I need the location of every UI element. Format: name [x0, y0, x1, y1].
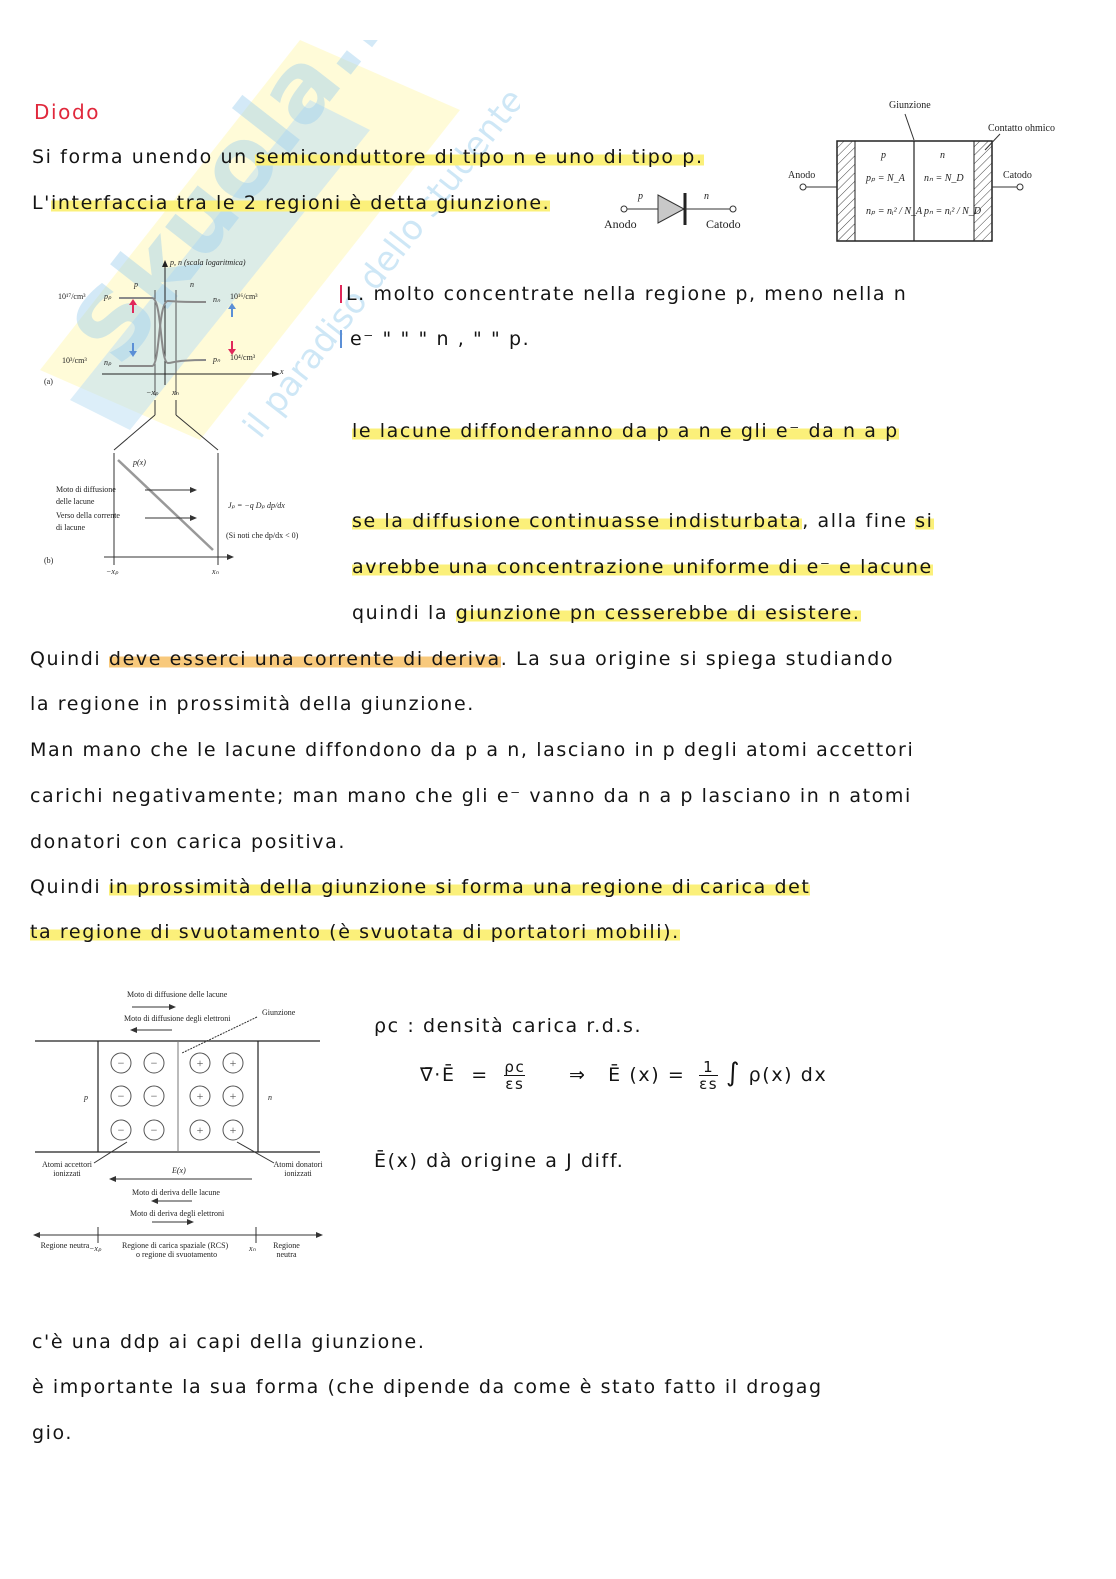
note-line-1: Si forma unendo un semiconduttore di tip… [32, 146, 704, 168]
electrons-marker [340, 330, 342, 348]
junction-label: Giunzione [262, 1008, 295, 1017]
anode-label: Anodo [604, 217, 637, 232]
p-region-label: p [84, 1093, 88, 1102]
np-formula: nₚ = nᵢ² / N_A [866, 206, 922, 217]
drift-holes-label: Moto di deriva delle lacune [132, 1188, 220, 1197]
svg-text:−: − [118, 1056, 125, 1070]
note-holes: L. molto concentrate nella regione p, me… [346, 283, 907, 305]
note-depletion-1: Quindi in prossimità della giunzione si … [30, 876, 810, 898]
xn-label-b: xₙ [212, 567, 219, 576]
svg-text:+: + [197, 1123, 204, 1137]
diffusion-holes-label: Moto di diffusione delle lacune [127, 990, 227, 999]
nn-value: 10¹⁶/cm³ [230, 292, 258, 301]
donors-label: Atomi donatori ionizzati [268, 1160, 328, 1178]
nn-label: nₙ [213, 295, 220, 304]
n-label: n [704, 191, 709, 202]
svg-text:+: + [230, 1123, 237, 1137]
field-label: E(x) [172, 1166, 186, 1175]
ohmic-contact-label: Contatto ohmico [988, 123, 1055, 134]
acceptors-label: Atomi accettori ionizzati [36, 1160, 98, 1178]
p-label: p [638, 191, 643, 202]
xn-label: xₙ [249, 1244, 256, 1253]
junction-label: Giunzione [889, 100, 931, 111]
concentration-profile-figure: p, n (scala logaritmica) x p n 10¹⁷/cm³ … [40, 255, 330, 585]
numerator: ρc [504, 1059, 525, 1076]
text: Quindi [30, 648, 109, 670]
x-axis-label: x [280, 367, 284, 376]
y-axis-label: p, n (scala logaritmica) [170, 258, 246, 267]
arrow-electrons-up-icon [228, 303, 236, 317]
depletion-region-figure: −−++−−++−−++ Moto di diffusione delle la… [32, 985, 327, 1265]
denominator: εs [699, 1076, 718, 1092]
svg-text:−: − [118, 1089, 125, 1103]
xn-label: xₙ [172, 388, 179, 397]
highlight: le lacune diffonderanno da p a n e gli e… [352, 420, 899, 442]
note-electrons: e⁻ " " " n , " " p. [350, 328, 530, 350]
arrow-electrons-down-icon [129, 343, 137, 357]
highlight: giunzione pn cesserebbe di esistere. [456, 602, 861, 624]
svg-text:+: + [197, 1089, 204, 1103]
note-continuation-2: avrebbe una concentrazione uniforme di e… [352, 556, 933, 578]
diffusion-electrons-label: Moto di diffusione degli elettroni [124, 1014, 231, 1023]
denominator: εs [504, 1076, 525, 1092]
pn-structure-figure: Giunzione Contatto ohmico Anodo Catodo p… [785, 98, 1085, 246]
pn-value: 10⁴/cm³ [230, 353, 255, 362]
text: Si forma unendo un [32, 146, 255, 168]
note-drift-1: Quindi deve esserci una corrente di deri… [30, 648, 894, 670]
n-region-label: n [268, 1093, 272, 1102]
px-label: p(x) [133, 458, 146, 467]
highlight: in prossimità della giunzione si forma u… [109, 876, 811, 898]
svg-text:−: − [118, 1123, 125, 1137]
scr-label-2: o regione di svuotamento [136, 1250, 217, 1259]
highlight: interfaccia tra le 2 regioni è detta giu… [51, 192, 550, 214]
note-continuation-3: quindi la giunzione pn cesserebbe di esi… [352, 602, 861, 624]
page-title: Diodo [34, 100, 100, 124]
svg-text:−: − [151, 1123, 158, 1137]
note-continuation-1: se la diffusione continuasse indisturbat… [352, 510, 934, 532]
svg-text:+: + [230, 1056, 237, 1070]
n-side-label: n [190, 280, 194, 289]
numerator: 1 [699, 1059, 718, 1076]
xp-label: −xₚ [146, 388, 158, 397]
xp-label: −xₚ [89, 1244, 101, 1253]
divergence: ∇̄·Ē [420, 1064, 456, 1086]
pn-formula: pₙ = nᵢ² / N_D [924, 206, 981, 217]
highlight: se la diffusione continuasse indisturbat… [352, 510, 802, 532]
note-depletion-2: ta regione di svuotamento (è svuotata di… [30, 921, 680, 943]
highlight: deve esserci una corrente di deriva [109, 648, 501, 670]
svg-text:+: + [197, 1056, 204, 1070]
note-mano-1: Man mano che le lacune diffondono da p a… [30, 739, 914, 761]
equals: = [471, 1064, 489, 1086]
xp-label-b: −xₚ [106, 567, 118, 576]
note-mano-2: carichi negativamente; man mano che gli … [30, 785, 912, 807]
pp-value: 10¹⁷/cm³ [58, 292, 86, 301]
highlight: semiconduttore di tipo n e uno di tipo p… [255, 146, 703, 168]
pn-label: pₙ [213, 355, 220, 364]
pp-label: pₚ [104, 292, 111, 301]
np-label: nₚ [104, 358, 111, 367]
label-a: (a) [44, 377, 53, 386]
nn-formula: nₙ = N_D [924, 173, 964, 184]
diffusion-motion-label: Moto di diffusione [56, 485, 116, 494]
text: quindi la [352, 602, 456, 624]
note-charge-density: ρc : densità carica r.d.s. [374, 1015, 642, 1037]
note-ddp-1: c'è una ddp ai capi della giunzione. [32, 1331, 425, 1353]
np-value: 10³/cm³ [62, 356, 87, 365]
scr-label: Regione di carica spaziale (RCS) [122, 1241, 228, 1250]
anode-label: Anodo [788, 170, 815, 181]
n-region-label: n [940, 150, 945, 161]
note-field-origin: Ē(x) dà origine a J diff. [374, 1150, 624, 1172]
note-diffusion: le lacune diffonderanno da p a n e gli e… [352, 420, 899, 442]
integral: ∫ [726, 1058, 741, 1088]
integrand: ρ(x) dx [749, 1064, 828, 1086]
note-mano-3: donatori con carica positiva. [30, 831, 346, 853]
p-region-label: p [881, 150, 886, 161]
text: . La sua origine si spiega studiando [501, 648, 894, 670]
current-direction-label-2: di lacune [56, 523, 85, 532]
holes-marker [340, 285, 342, 303]
gradient-note: (Si noti che dp/dx < 0) [226, 531, 298, 540]
current-direction-label: Verso della corrente [56, 511, 120, 520]
note-drift-2: la regione in prossimità della giunzione… [30, 693, 475, 715]
text: , alla fine [802, 510, 915, 532]
p-side-label: p [134, 280, 138, 289]
jp-formula: Jₚ = −q Dₚ dp/dx [228, 501, 285, 510]
svg-text:−: − [151, 1056, 158, 1070]
field-expression: Ē (x) = [608, 1064, 685, 1086]
note-line-2: L'interfaccia tra le 2 regioni è detta g… [32, 192, 550, 214]
arrow-holes-up-icon [129, 299, 137, 313]
drift-electrons-label: Moto di deriva degli elettroni [130, 1209, 224, 1218]
note-ddp-2: è importante la sua forma (che dipende d… [32, 1376, 823, 1398]
pp-formula: pₚ = N_A [866, 173, 905, 184]
text: L' [32, 192, 51, 214]
note-ddp-3: gio. [32, 1422, 73, 1444]
label-b: (b) [44, 556, 53, 565]
equation-gauss: ∇̄·Ē = ρc εs ⇒ Ē (x) = 1 εs ∫ ρ(x) dx [420, 1058, 827, 1092]
svg-text:+: + [230, 1089, 237, 1103]
neutral-left-label: Regione neutra [40, 1241, 90, 1250]
svg-text:−: − [151, 1089, 158, 1103]
neutral-right-label: Regione neutra [264, 1241, 309, 1259]
highlight: avrebbe una concentrazione uniforme di e… [352, 556, 933, 578]
cathode-label: Catodo [1003, 170, 1032, 181]
highlight: ta regione di svuotamento (è svuotata di… [30, 921, 680, 943]
cathode-label: Catodo [706, 217, 741, 232]
highlight: si [915, 510, 933, 532]
implies: ⇒ [569, 1064, 587, 1086]
text: Quindi [30, 876, 109, 898]
diode-symbol-figure: p n Anodo Catodo [600, 185, 760, 235]
diffusion-motion-label-2: delle lacune [56, 497, 94, 506]
